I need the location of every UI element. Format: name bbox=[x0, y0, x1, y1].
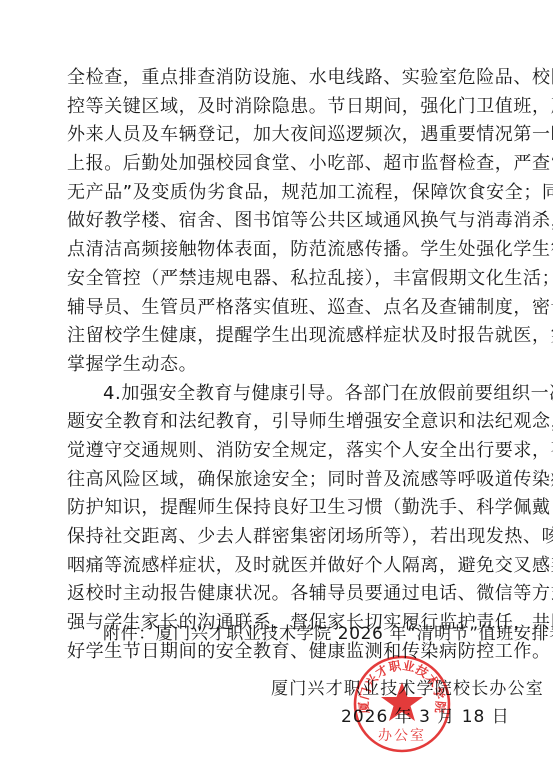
body-line: 返校时主动报告健康状况。各辅导员要通过电话、微信等方式加 bbox=[67, 580, 501, 609]
body-line: 上报。后勤处加强校园食堂、小吃部、超市监督检查，严查“三 bbox=[67, 150, 501, 179]
body-line: 觉遵守交通规则、消防安全规定，落实个人安全出行要求，不前 bbox=[67, 437, 501, 466]
body-line: 点清洁高频接触物体表面，防范流感传播。学生处强化学生宿舍 bbox=[67, 236, 501, 265]
section-heading-line: 4.加强安全教育与健康引导。各部门在放假前要组织一次专 bbox=[67, 380, 501, 409]
signature-issuer: 厦门兴才职业技术学院校长办公室 bbox=[271, 676, 544, 702]
body-line: 外来人员及车辆登记，加大夜间巡逻频次，遇重要情况第一时间 bbox=[67, 121, 501, 150]
body-line: 辅导员、生管员严格落实值班、巡查、点名及查铺制度，密切关 bbox=[67, 294, 501, 323]
body-line: 注留校学生健康，提醒学生出现流感样症状及时报告就医，实时 bbox=[67, 322, 501, 351]
body-line: 全检查，重点排查消防设施、水电线路、实验室危险品、校园监 bbox=[67, 64, 501, 93]
document-page: 全检查，重点排查消防设施、水电线路、实验室危险品、校园监 控等关键区域，及时消除… bbox=[0, 0, 553, 782]
body-line: 掌握学生动态。 bbox=[67, 351, 501, 380]
body-line: 保持社交距离、少去人群密集密闭场所等），若出现发热、咳嗽、 bbox=[67, 523, 501, 552]
body-line: 无产品”及变质伪劣食品，规范加工流程，保障饮食安全；同步 bbox=[67, 179, 501, 208]
attachment-note: 附件：厦门兴才职业技术学院 2026 年“清明节”值班安排表 bbox=[103, 621, 553, 647]
body-line: 防护知识，提醒师生保持良好卫生习惯（勤洗手、科学佩戴口罩、 bbox=[67, 494, 501, 523]
signature-date: 2026 年 3 月 18 日 bbox=[341, 704, 510, 730]
document-body: 全检查，重点排查消防设施、水电线路、实验室危险品、校园监 控等关键区域，及时消除… bbox=[67, 64, 501, 666]
body-line: 做好教学楼、宿舍、图书馆等公共区域通风换气与消毒消杀，重 bbox=[67, 207, 501, 236]
body-line: 控等关键区域，及时消除隐患。节日期间，强化门卫值班，严格 bbox=[67, 93, 501, 122]
body-line: 咽痛等流感样症状，及时就医并做好个人隔离，避免交叉感染， bbox=[67, 552, 501, 581]
body-line: 安全管控（严禁违规电器、私拉乱接），丰富假期文化生活；各 bbox=[67, 265, 501, 294]
body-line: 往高风险区域，确保旅途安全；同时普及流感等呼吸道传染病的 bbox=[67, 466, 501, 495]
body-line: 题安全教育和法纪教育，引导师生增强安全意识和法纪观念，自 bbox=[67, 408, 501, 437]
